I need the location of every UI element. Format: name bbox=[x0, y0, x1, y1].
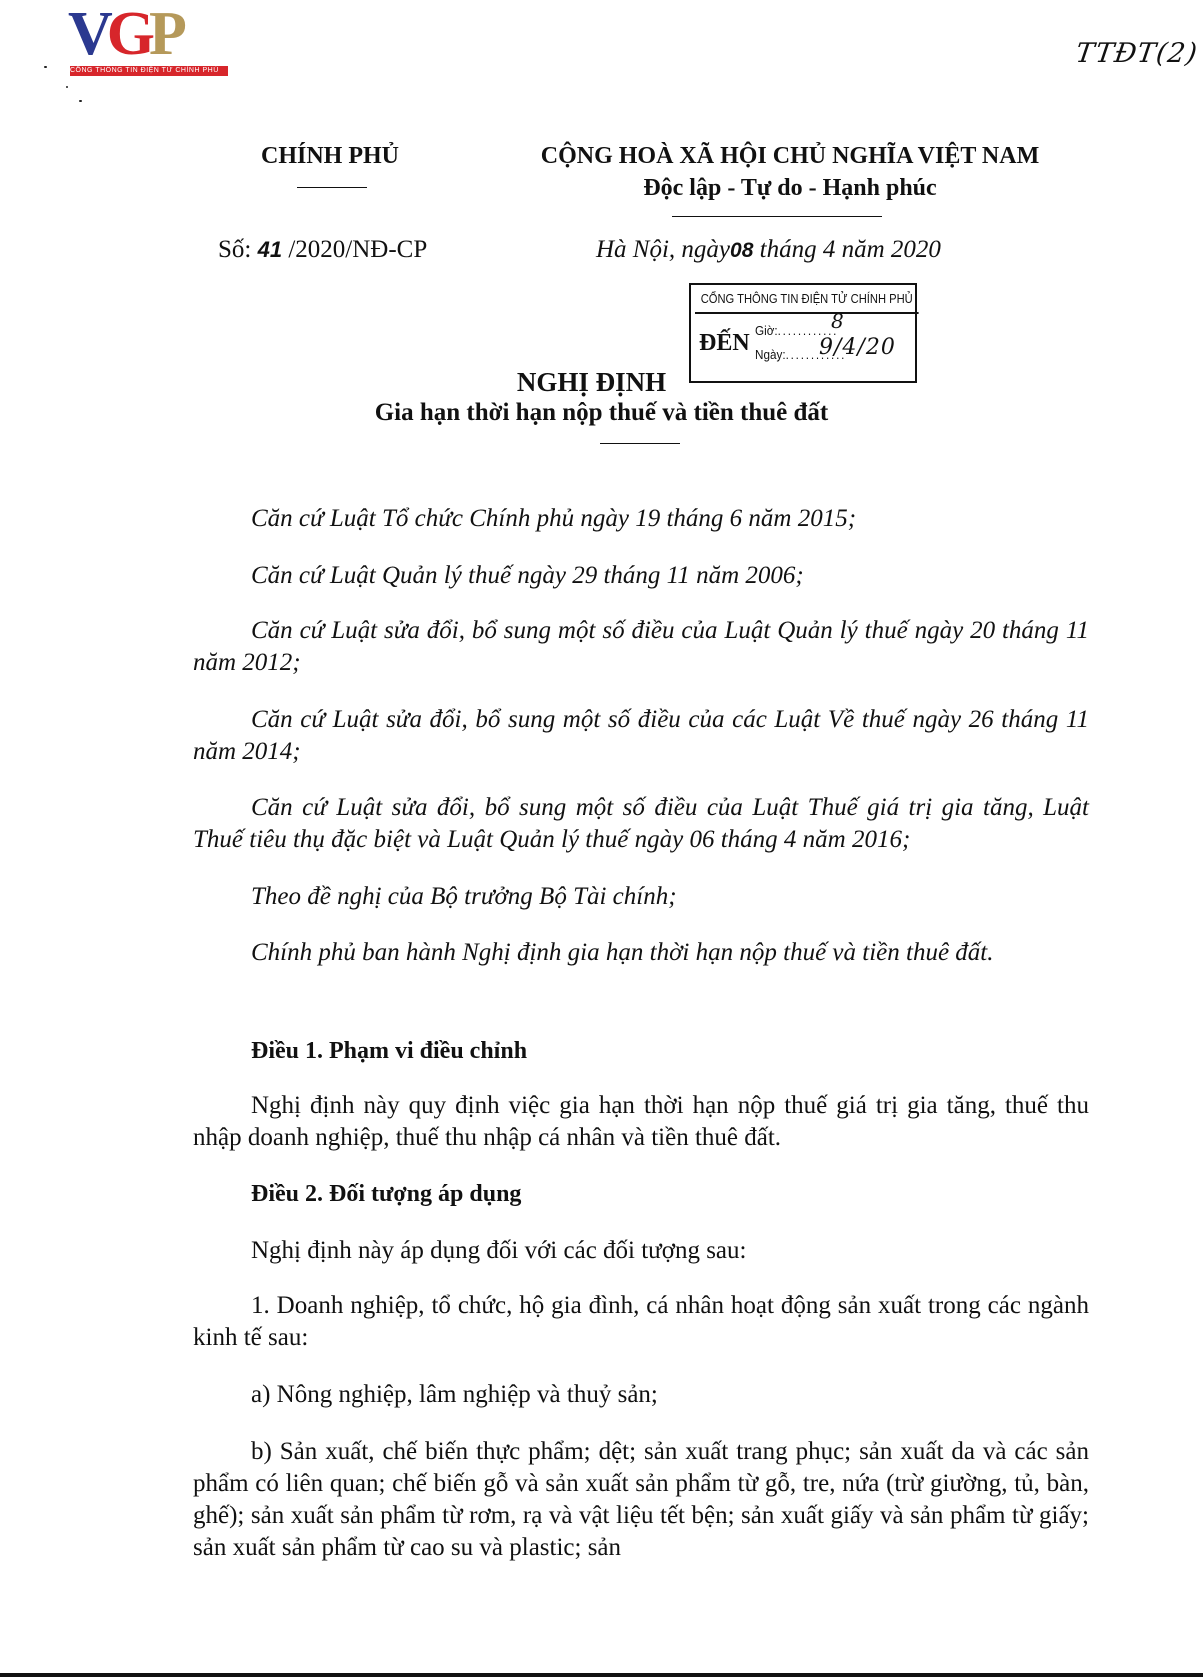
national-motto: Độc lập - Tự do - Hạnh phúc bbox=[500, 172, 1080, 204]
issuer: CHÍNH PHỦ bbox=[210, 140, 450, 172]
preamble-item: Theo đề nghị của Bộ trưởng Bộ Tài chính; bbox=[193, 881, 1089, 913]
doc-number-prefix: Số: bbox=[218, 236, 258, 263]
document-subject: Gia hạn thời hạn nộp thuế và tiền thuê đ… bbox=[0, 396, 1203, 430]
preamble-item: Chính phủ ban hành Nghị định gia hạn thờ… bbox=[193, 937, 1089, 969]
issuer-rule bbox=[297, 187, 367, 188]
article-2-item-b: b) Sản xuất, chế biến thực phẩm; dệt; sả… bbox=[193, 1436, 1089, 1564]
logo-letter-g: G bbox=[107, 0, 149, 68]
article-1-heading: Điều 1. Phạm vi điều chỉnh bbox=[251, 1035, 527, 1067]
paragraph-text: b) Sản xuất, chế biến thực phẩm; dệt; sả… bbox=[193, 1438, 1089, 1561]
logo-band: CỔNG THÔNG TIN ĐIỆN TỬ CHÍNH PHỦ bbox=[70, 66, 228, 76]
document-number: Số: 41 /2020/NĐ-CP bbox=[218, 235, 427, 265]
place-date-prefix: Hà Nội, ngày bbox=[596, 236, 730, 263]
preamble-text: Căn cứ Luật sửa đổi, bổ sung một số điều… bbox=[193, 706, 1089, 765]
national-header: CỘNG HOÀ XÃ HỘI CHỦ NGHĨA VIỆT NAM Độc l… bbox=[500, 140, 1080, 204]
stamp-title: CỔNG THÔNG TIN ĐIỆN TỬ CHÍNH PHỦ bbox=[695, 285, 918, 314]
paragraph-text: 1. Doanh nghiệp, tổ chức, hộ gia đình, c… bbox=[193, 1292, 1089, 1351]
preamble-item: Căn cứ Luật sửa đổi, bổ sung một số điều… bbox=[193, 615, 1089, 679]
preamble-text: Chính phủ ban hành Nghị định gia hạn thờ… bbox=[251, 939, 993, 966]
paragraph-text: Nghị định này áp dụng đối với các đối tư… bbox=[251, 1237, 746, 1264]
scan-speck bbox=[79, 100, 82, 102]
stamp-hour-value: 8 bbox=[831, 309, 844, 333]
article-1-paragraph: Nghị định này quy định việc gia hạn thời… bbox=[193, 1090, 1089, 1154]
preamble-item: Căn cứ Luật Quản lý thuế ngày 29 tháng 1… bbox=[193, 560, 1089, 592]
preamble-text: Căn cứ Luật sửa đổi, bổ sung một số điều… bbox=[193, 617, 1089, 676]
article-2-paragraph: Nghị định này áp dụng đối với các đối tư… bbox=[193, 1235, 1089, 1267]
stamp-received-label: ĐẾN bbox=[699, 329, 750, 357]
scan-speck bbox=[66, 86, 68, 88]
page-bottom-edge bbox=[0, 1673, 1203, 1677]
issuer-block: CHÍNH PHỦ bbox=[210, 140, 450, 172]
handwritten-note: TTĐT(2) bbox=[1074, 38, 1200, 69]
preamble-item: Căn cứ Luật sửa đổi, bổ sung một số điều… bbox=[193, 704, 1089, 768]
motto-rule bbox=[672, 216, 882, 217]
preamble-text: Theo đề nghị của Bộ trưởng Bộ Tài chính; bbox=[251, 883, 677, 910]
logo-letter-p: P bbox=[149, 0, 181, 68]
document-type: NGHỊ ĐỊNH bbox=[0, 365, 1193, 399]
stamp-hour-text: Giờ: bbox=[755, 323, 778, 338]
article-2-clause-1: 1. Doanh nghiệp, tổ chức, hộ gia đình, c… bbox=[193, 1290, 1089, 1354]
stamp-date-value: 9/4/20 bbox=[819, 335, 896, 360]
doc-number-value: 41 bbox=[258, 237, 282, 262]
vgp-logo: VGP CỔNG THÔNG TIN ĐIỆN TỬ CHÍNH PHỦ bbox=[68, 6, 230, 76]
paragraph-text: a) Nông nghiệp, lâm nghiệp và thuỷ sản; bbox=[251, 1381, 658, 1408]
paragraph-text: Nghị định này quy định việc gia hạn thời… bbox=[193, 1092, 1089, 1151]
article-2-item-a: a) Nông nghiệp, lâm nghiệp và thuỷ sản; bbox=[193, 1379, 1089, 1411]
stamp-date-text: Ngày: bbox=[755, 347, 786, 362]
preamble-text: Căn cứ Luật sửa đổi, bổ sung một số điều… bbox=[193, 794, 1089, 853]
title-rule bbox=[600, 443, 680, 444]
place-and-date: Hà Nội, ngày08 tháng 4 năm 2020 bbox=[596, 235, 941, 266]
place-date-day: 08 bbox=[730, 239, 753, 262]
article-2-heading: Điều 2. Đối tượng áp dụng bbox=[251, 1178, 521, 1210]
doc-number-suffix: /2020/NĐ-CP bbox=[282, 236, 427, 263]
preamble-item: Căn cứ Luật sửa đổi, bổ sung một số điều… bbox=[193, 792, 1089, 856]
preamble-text: Căn cứ Luật Tổ chức Chính phủ ngày 19 th… bbox=[251, 505, 856, 532]
place-date-suffix: tháng 4 năm 2020 bbox=[753, 236, 941, 263]
country-name: CỘNG HOÀ XÃ HỘI CHỦ NGHĨA VIỆT NAM bbox=[500, 140, 1080, 172]
logo-letters: VGP bbox=[68, 6, 230, 62]
preamble-item: Căn cứ Luật Tổ chức Chính phủ ngày 19 th… bbox=[193, 503, 1089, 535]
preamble-text: Căn cứ Luật Quản lý thuế ngày 29 tháng 1… bbox=[251, 562, 804, 589]
scan-speck bbox=[44, 66, 47, 68]
logo-letter-v: V bbox=[68, 0, 107, 68]
